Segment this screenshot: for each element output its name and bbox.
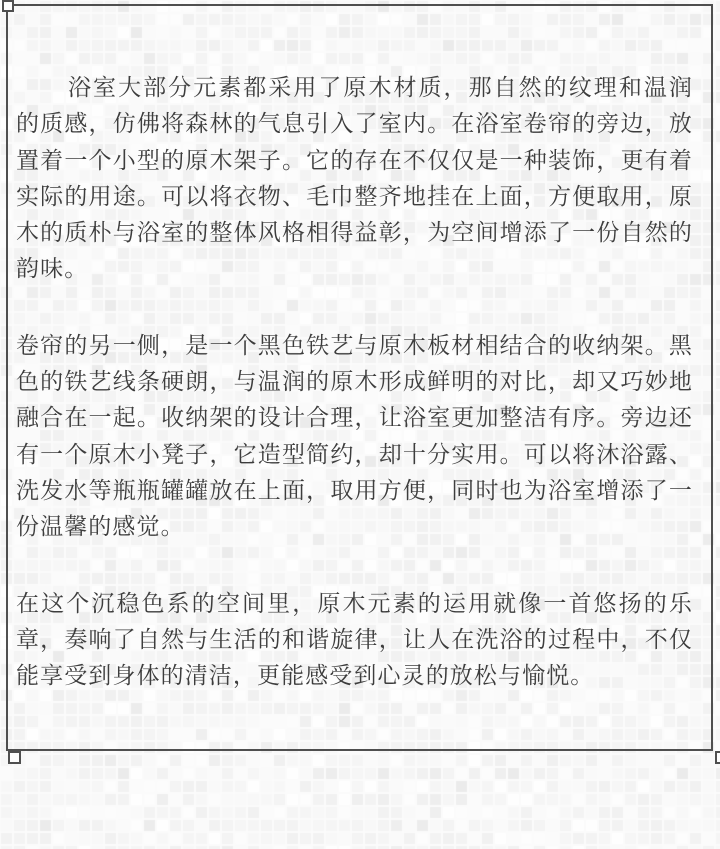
paragraph-3: 在这个沉稳色系的空间里，原木元素的运用就像一首悠扬的乐章，奏响了自然与生活的和谐… (16, 585, 693, 694)
paragraph-1: 浴室大部分元素都采用了原木材质，那自然的纹理和温润的质感，仿佛将森林的气息引入了… (16, 69, 693, 287)
article-text: 浴室大部分元素都采用了原木材质，那自然的纹理和温润的质感，仿佛将森林的气息引入了… (16, 69, 693, 733)
resize-handle-bottom-left[interactable] (8, 751, 21, 764)
page: 浴室大部分元素都采用了原木材质，那自然的纹理和温润的质感，仿佛将森林的气息引入了… (0, 0, 720, 849)
resize-handle-top-left[interactable] (2, 0, 14, 12)
resize-handle-bottom-right[interactable] (715, 751, 720, 764)
paragraph-2: 卷帘的另一侧，是一个黑色铁艺与原木板材相结合的收纳架。黑色的铁艺线条硬朗，与温润… (16, 327, 693, 545)
